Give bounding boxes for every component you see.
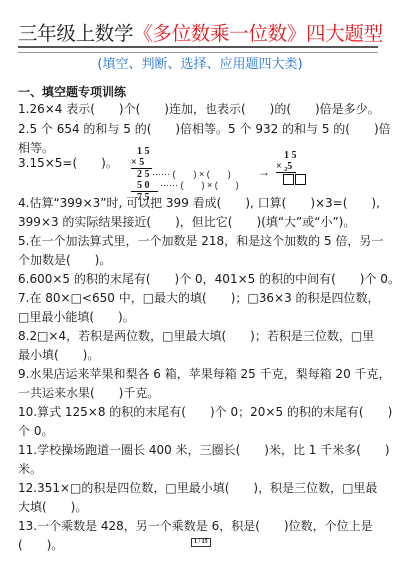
- document-subtitle: (填空、判断、选择、应用题四大类): [0, 56, 400, 74]
- calc-row-multiplier: × 5: [131, 157, 152, 169]
- question-4-line-2: 399×3 的实际结果接近( )，但比它( )(填“大”或“小”)。: [18, 212, 384, 232]
- question-13-line-2: ( )。: [18, 535, 384, 555]
- title-prefix: 三年级上数学: [18, 22, 133, 45]
- calc-step-annotation-2: ······ ( ) × ( ): [160, 180, 239, 190]
- result-calc-top: 1 5: [276, 150, 307, 161]
- calc-row-partial-1: 2 5: [137, 169, 150, 180]
- question-8-line-2: 最小填( )。: [18, 345, 384, 365]
- question-10-line-1: 10.算式 125×8 的积的末尾有( )个 0；20×5 的积的末尾有( ): [18, 402, 384, 422]
- question-8-line-1: 8.2□×4，若积是两位数，□里最大填( )；若积是三位数，□里: [18, 326, 384, 346]
- question-5-line-2: 个加数是( )。: [18, 250, 384, 270]
- arrow-icon: →: [258, 167, 270, 178]
- question-10-line-2: 个 0。: [18, 421, 384, 441]
- section-heading: 一、填空题专项训练: [18, 84, 126, 100]
- calc-row-top: 1 5: [131, 146, 239, 157]
- question-4-line-1: 4.估算“399×3”时, 可以把 399 看成( ), 口算( )×3=( )…: [18, 193, 384, 213]
- result-calculation: 1 5 × ₂5: [276, 150, 307, 185]
- question-12-line-2: 大填( )。: [18, 497, 384, 517]
- question-11-line-2: 米。: [18, 459, 384, 479]
- answer-box[interactable]: [283, 174, 294, 185]
- result-calc-multiplier: × ₂5: [276, 161, 296, 173]
- title-suffix: 四大题型: [306, 22, 383, 45]
- question-1: 1.26×4 表示( )个( )连加，也表示( )的( )倍是多少。: [18, 99, 384, 119]
- question-5-line-1: 5.在一个加法算式里，一个加数是 218，和是这个加数的 5 倍，另一: [18, 231, 384, 251]
- question-9-line-1: 9.水果店运来苹果和梨各 6 箱，苹果每箱 25 千克，梨每箱 20 千克，: [18, 364, 384, 384]
- question-6: 6.600×5 的积的末尾有( )个 0，401×5 的积的中间有( )个 0。: [18, 269, 384, 289]
- answer-box[interactable]: [295, 174, 306, 185]
- document-title: 三年级上数学《多位数乘一位数》四大题型: [18, 22, 380, 46]
- question-13-line-1: 13.一个乘数是 428，另一个乘数是 6，积是( )位数，个位上是: [18, 516, 384, 536]
- question-7-line-2: □里最小能填( )。: [18, 307, 384, 327]
- calc-step-annotation-1: ······ ( ) × ( ): [152, 169, 231, 179]
- title-underline: [18, 46, 378, 53]
- question-7-line-1: 7.在 80×□<650 中，□最大的填( )；□36×3 的积是四位数，: [18, 288, 384, 308]
- question-9-line-2: 一共运来水果( )千克。: [18, 383, 384, 403]
- question-2-line-1: 2.5 个 654 的和与 5 的( )倍相等。5 个 932 的和与 5 的(…: [18, 119, 384, 139]
- question-11-line-1: 11.学校操场跑道一圈长 400 米，三圈长( )米，比 1 千米多( ): [18, 440, 384, 460]
- question-12-line-1: 12.351×□的积是四位数，□里最小填( )，积是三位数，□里最: [18, 478, 384, 498]
- title-highlight: 《多位数乘一位数》: [133, 22, 306, 45]
- calc-row-partial-2: 5 0: [131, 180, 158, 192]
